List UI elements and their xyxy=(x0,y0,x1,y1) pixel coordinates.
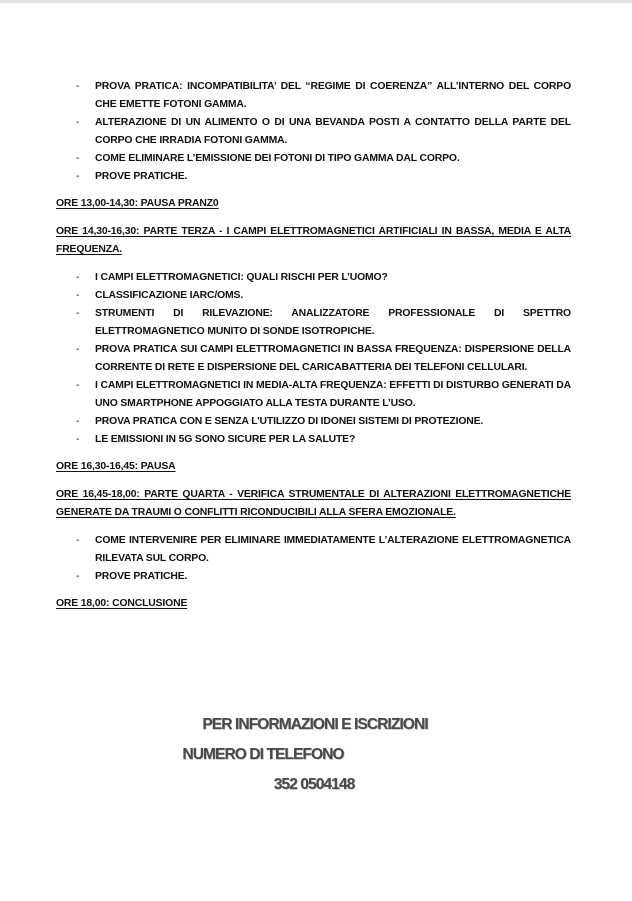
bullet-dash-icon: - xyxy=(76,377,79,395)
list-item: -PROVA PRATICA: INCOMPATIBILITA’ DEL “RE… xyxy=(56,78,571,114)
bullet-dash-icon: - xyxy=(76,431,79,449)
list-item: -LE EMISSIONI IN 5G SONO SICURE PER LA S… xyxy=(56,431,571,449)
part-four-heading: ORE 16,45-18,00: PARTE QUARTA - VERIFICA… xyxy=(56,486,571,522)
document-page: -PROVA PRATICA: INCOMPATIBILITA’ DEL “RE… xyxy=(56,78,571,613)
part-three-list: -I CAMPI ELETTROMAGNETICI: QUALI RISCHI … xyxy=(56,269,571,449)
part-three-heading: ORE 14,30-16,30: PARTE TERZA - I CAMPI E… xyxy=(56,223,571,259)
top-edge-bar xyxy=(0,0,632,3)
bullet-dash-icon: - xyxy=(76,341,79,359)
bullet-dash-icon: - xyxy=(76,114,79,132)
list-item: -PROVA PRATICA CON E SENZA L’UTILIZZO DI… xyxy=(56,413,571,431)
bullet-dash-icon: - xyxy=(76,287,79,305)
list-item: -CLASSIFICAZIONE IARC/OMS. xyxy=(56,287,571,305)
contact-info-heading: PER INFORMAZIONI E ISCRIZIONI xyxy=(0,716,631,734)
list-item: -I CAMPI ELETTROMAGNETICI: QUALI RISCHI … xyxy=(56,269,571,287)
list-item: -I CAMPI ELETTROMAGNETICI IN MEDIA-ALTA … xyxy=(56,377,571,413)
bullet-dash-icon: - xyxy=(76,532,79,550)
bullet-dash-icon: - xyxy=(76,150,79,168)
lunch-break-heading: ORE 13,00-14,30: PAUSA PRANZ0 xyxy=(56,195,571,213)
section-a-list: -PROVA PRATICA: INCOMPATIBILITA’ DEL “RE… xyxy=(56,78,571,186)
phone-label: NUMERO DI TELEFONO xyxy=(0,746,579,764)
bullet-dash-icon: - xyxy=(76,269,79,287)
phone-number: 352 0504148 xyxy=(0,776,630,794)
bullet-dash-icon: - xyxy=(76,568,79,586)
list-item: -PROVE PRATICHE. xyxy=(56,568,571,586)
bullet-dash-icon: - xyxy=(76,168,79,186)
list-item: -COME INTERVENIRE PER ELIMINARE IMMEDIAT… xyxy=(56,532,571,568)
list-item: -PROVA PRATICA SUI CAMPI ELETTROMAGNETIC… xyxy=(56,341,571,377)
list-item: -COME ELIMINARE L’EMISSIONE DEI FOTONI D… xyxy=(56,150,571,168)
bullet-dash-icon: - xyxy=(76,78,79,96)
part-four-list: -COME INTERVENIRE PER ELIMINARE IMMEDIAT… xyxy=(56,532,571,586)
bullet-dash-icon: - xyxy=(76,413,79,431)
afternoon-break-heading: ORE 16,30-16,45: PAUSA xyxy=(56,458,571,476)
conclusion-heading: ORE 18,00: CONCLUSIONE xyxy=(56,595,571,613)
list-item: -ALTERAZIONE DI UN ALIMENTO O DI UNA BEV… xyxy=(56,114,571,150)
bullet-dash-icon: - xyxy=(76,305,79,323)
list-item: -PROVE PRATICHE. xyxy=(56,168,571,186)
list-item: -STRUMENTI DI RILEVAZIONE: ANALIZZATORE … xyxy=(56,305,571,341)
